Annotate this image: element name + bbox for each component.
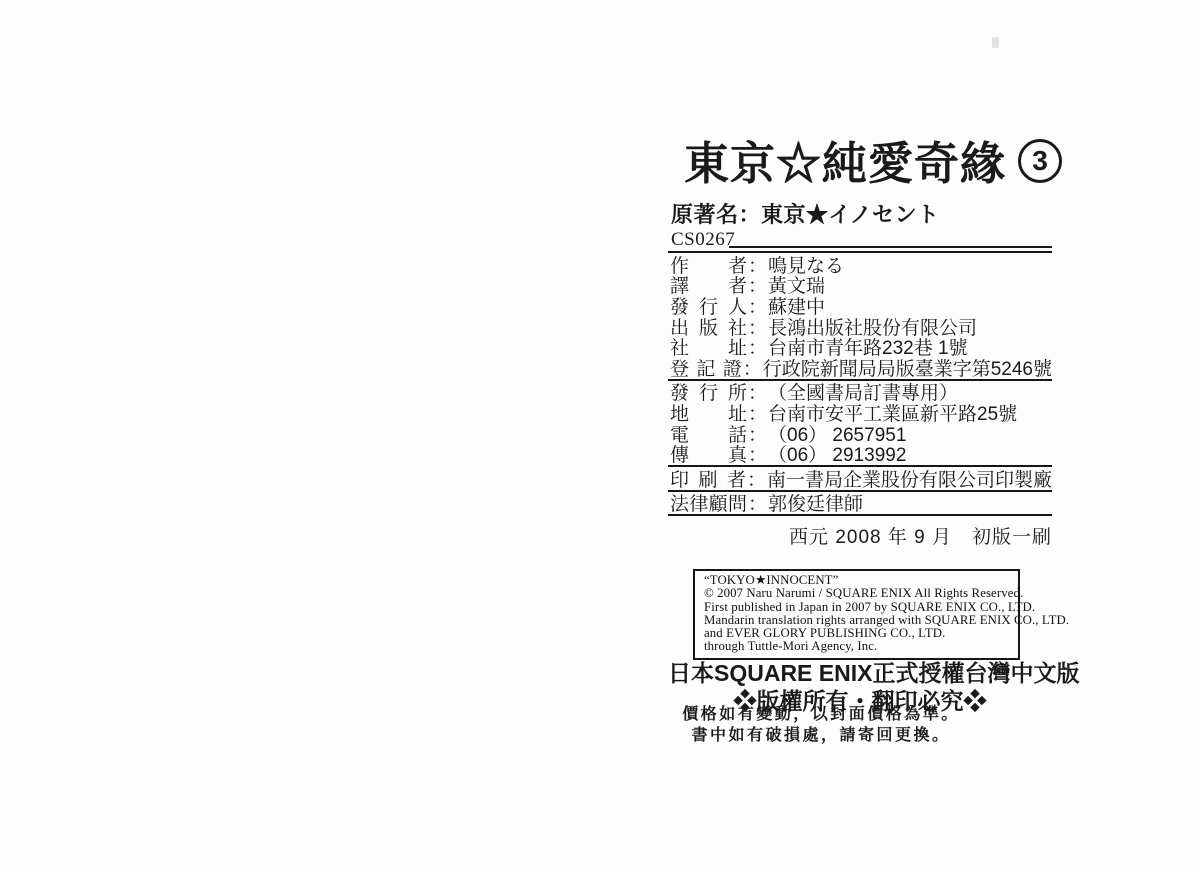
table-row: 印刷者：南一書局企業股份有限公司印製廠 [668, 468, 1052, 489]
row-value: 郭俊廷律師 [768, 489, 863, 516]
colophon-section: 印刷者：南一書局企業股份有限公司印製廠 [668, 467, 1052, 492]
original-title-line: 原著名：東京★イノセント [671, 198, 939, 229]
colophon-section: 發行所：（全國書局訂書專用）地址：台南市安平工業區新平路25號電話：（06） 2… [668, 381, 1052, 467]
row-value: （06） 2913992 [768, 440, 906, 467]
colophon-section: 法律顧問：郭俊廷律師 [668, 492, 1052, 517]
volume-number-badge: 3 [1018, 139, 1062, 183]
copyright-box: “TOKYO★INNOCENT” © 2007 Naru Narumi / SQ… [693, 569, 1020, 660]
copyright-line: First published in Japan in 2007 by SQUA… [704, 601, 1009, 614]
copyright-line: Mandarin translation rights arranged wit… [704, 614, 1009, 627]
price-notice-line: 價格如有變動，以封面價格為準。 [670, 701, 972, 724]
product-code-rule [729, 246, 1052, 248]
colophon-page: 東京☆純愛奇緣 3 原著名：東京★イノセント CS0267 作者：鳴見なる譯者：… [0, 0, 1200, 870]
copyright-line: through Tuttle-Mori Agency, Inc. [704, 640, 1009, 653]
row-colon: ： [748, 489, 767, 516]
book-title-text: 東京☆純愛奇緣 [684, 127, 1006, 192]
copyright-line: and EVER GLORY PUBLISHING CO., LTD. [704, 627, 1009, 640]
scan-artifact [992, 37, 999, 48]
book-title: 東京☆純愛奇緣 3 [684, 127, 1062, 192]
colophon-table: 作者：鳴見なる譯者：黃文瑞發行人：蘇建中出版社：長鴻出版社股份有限公司社址：台南… [668, 251, 1052, 549]
product-code: CS0267 [671, 229, 735, 251]
row-value: 南一書局企業股份有限公司印製廠 [767, 465, 1052, 492]
row-label: 法律顧問 [670, 489, 747, 516]
row-label: 印刷者 [670, 465, 746, 492]
row-value: 行政院新聞局局版臺業字第5246號 [763, 354, 1052, 381]
damage-notice-line: 書中如有破損處，請寄回更換。 [670, 722, 972, 745]
row-colon: ： [747, 465, 766, 492]
row-colon: ： [748, 440, 767, 467]
colophon-section: 作者：鳴見なる譯者：黃文瑞發行人：蘇建中出版社：長鴻出版社股份有限公司社址：台南… [668, 253, 1052, 381]
row-label: 傳真 [670, 440, 747, 467]
row-label: 登記證 [670, 354, 742, 381]
copyright-line: “TOKYO★INNOCENT” [704, 574, 1009, 587]
table-row: 登記證：行政院新聞局局版臺業字第5246號 [668, 357, 1052, 378]
row-colon: ： [743, 354, 762, 381]
table-row: 傳真：（06） 2913992 [668, 443, 1052, 464]
copyright-line: © 2007 Naru Narumi / SQUARE ENIX All Rig… [704, 587, 1009, 600]
edition-line: 西元 2008 年 9 月 初版一刷 [668, 516, 1052, 549]
table-row: 法律顧問：郭俊廷律師 [668, 493, 1052, 514]
